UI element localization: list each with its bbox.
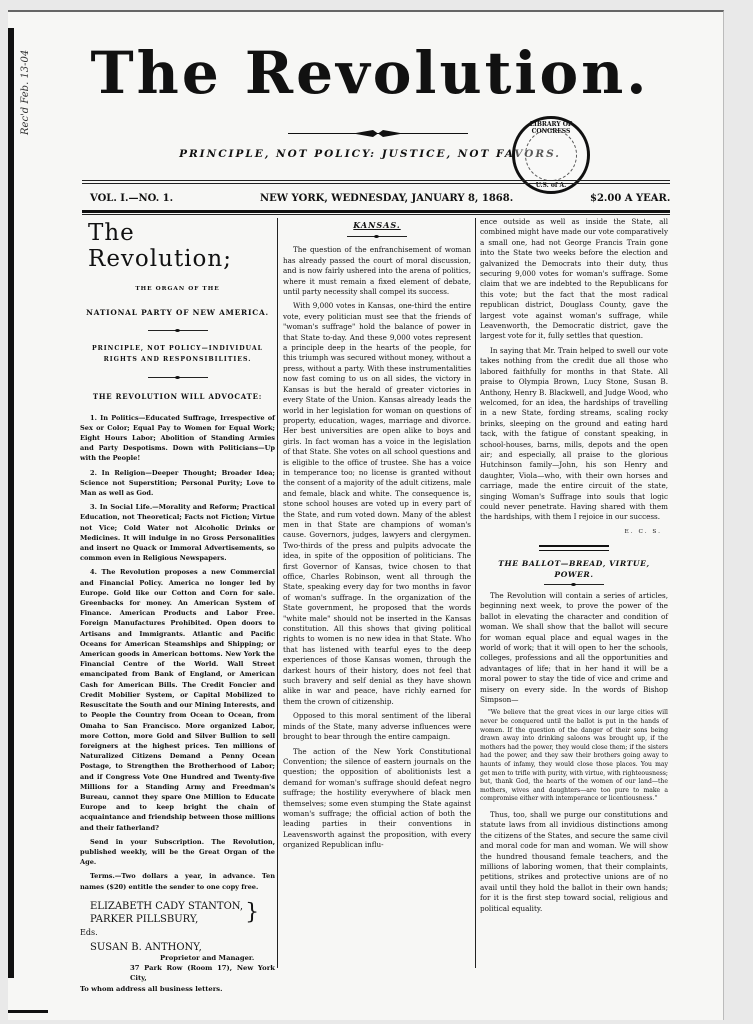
subscribe-note: Send in your Subscription. The Revolutio… bbox=[80, 837, 275, 868]
organ-title: The Revolution; bbox=[88, 220, 275, 272]
organ-line: THE ORGAN OF THE bbox=[80, 284, 275, 294]
middle-column: KANSAS. The question of the enfranchisem… bbox=[283, 220, 471, 855]
principle-line: PRINCIPLE, NOT POLICY—INDIVIDUAL RIGHTS … bbox=[80, 343, 275, 365]
rule bbox=[148, 377, 208, 378]
ornament-divider-icon bbox=[288, 130, 468, 138]
column-divider bbox=[475, 218, 476, 968]
office-address: 37 Park Row (Room 17), New York City, bbox=[80, 963, 275, 983]
editors-block: ELIZABETH CADY STANTON, PARKER PILLSBURY… bbox=[80, 900, 275, 939]
volume-number: VOL. I.—NO. 1. bbox=[90, 193, 173, 204]
binding-foot bbox=[8, 1010, 48, 1013]
editor-name: ELIZABETH CADY STANTON, bbox=[90, 900, 243, 913]
article-paragraph: The action of the New York Constitutiona… bbox=[283, 747, 471, 851]
left-column: The Revolution; THE ORGAN OF THE NATIONA… bbox=[80, 220, 275, 994]
rule bbox=[82, 210, 670, 213]
proprietor-title: Proprietor and Manager. bbox=[80, 953, 275, 963]
party-line: NATIONAL PARTY OF NEW AMERICA. bbox=[80, 308, 275, 318]
editor-name: PARKER PILLSBURY, bbox=[90, 913, 243, 926]
column-divider bbox=[277, 218, 278, 968]
article-paragraph: With 9,000 votes in Kansas, one-third th… bbox=[283, 301, 471, 707]
advocate-heading: THE REVOLUTION WILL ADVOCATE: bbox=[80, 392, 275, 402]
binding-spine bbox=[8, 28, 14, 978]
article-paragraph: Thus, too, shall we purge our constituti… bbox=[480, 810, 668, 914]
rule bbox=[148, 330, 208, 331]
terms-note: Terms.—Two dollars a year, in advance. T… bbox=[80, 871, 275, 891]
rule bbox=[82, 214, 670, 215]
stamp-top-text: LIBRARY OF CONGRESS bbox=[515, 121, 587, 135]
simpson-quote: "We believe that the great vices in our … bbox=[480, 709, 668, 804]
rule bbox=[347, 236, 407, 237]
price: $2.00 A YEAR. bbox=[590, 193, 670, 204]
rule bbox=[82, 183, 670, 184]
brace-icon: } bbox=[245, 902, 259, 924]
rule bbox=[544, 584, 604, 585]
handwritten-margin-note: Rec'd Feb. 13-04 bbox=[20, 50, 31, 135]
article-paragraph: Opposed to this moral sentiment of the l… bbox=[283, 711, 471, 742]
eds-label: Eds. bbox=[80, 926, 98, 939]
ballot-heading: THE BALLOT—BREAD, VIRTUE, POWER. bbox=[480, 559, 668, 580]
advocate-item: 2. In Religion—Deeper Thought; Broader I… bbox=[80, 468, 275, 499]
article-paragraph: ence outside as well as inside the State… bbox=[480, 217, 668, 342]
advocate-item: 3. In Social Life.—Morality and Reform; … bbox=[80, 502, 275, 563]
article-paragraph: The Revolution will contain a series of … bbox=[480, 591, 668, 705]
kansas-heading: KANSAS. bbox=[283, 220, 471, 230]
author-signature: E. C. S. bbox=[480, 527, 662, 537]
advocate-item: 4. The Revolution proposes a new Commerc… bbox=[80, 567, 275, 832]
masthead-title: The Revolution. bbox=[60, 38, 680, 108]
business-note: To whom address all business letters. bbox=[80, 984, 275, 994]
rule bbox=[539, 545, 609, 551]
article-paragraph: The question of the enfranchisement of w… bbox=[283, 245, 471, 297]
place-date: NEW YORK, WEDNESDAY, JANUARY 8, 1868. bbox=[260, 193, 513, 204]
advocate-item: 1. In Politics—Educated Suffrage, Irresp… bbox=[80, 413, 275, 464]
rule bbox=[82, 180, 670, 181]
proprietor-name: SUSAN B. ANTHONY, bbox=[80, 943, 275, 953]
article-paragraph: In saying that Mr. Train helped to swell… bbox=[480, 346, 668, 523]
right-column: ence outside as well as inside the State… bbox=[480, 217, 668, 918]
